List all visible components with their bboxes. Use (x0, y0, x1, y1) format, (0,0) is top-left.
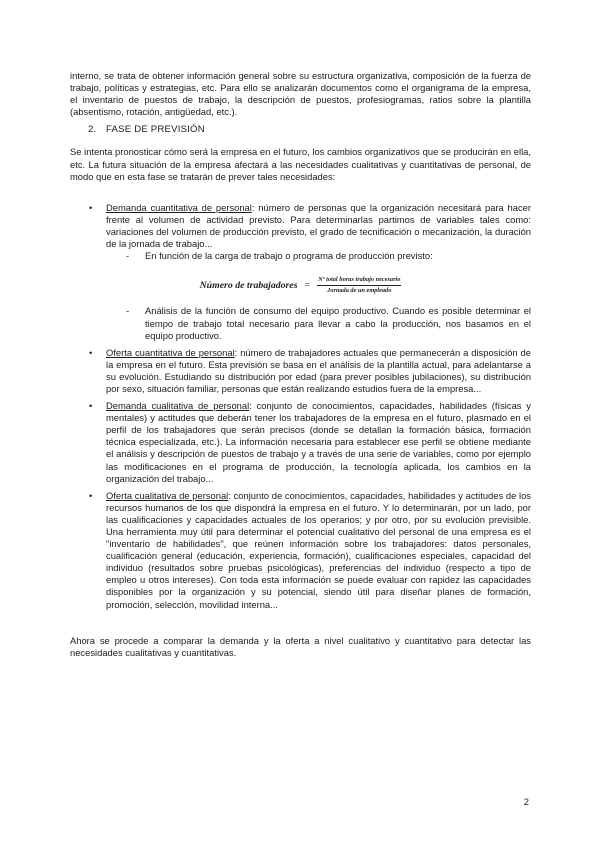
formula-fraction: Nº total horas trabajo necesario Jornada… (317, 276, 401, 295)
formula: Número de trabajadores = Nº total horas … (70, 276, 531, 295)
bullet-term: Oferta cuantitativa de personal (106, 347, 235, 358)
bullet-item-oferta-cuantitativa: • Oferta cuantitativa de personal: númer… (70, 347, 531, 395)
dash-icon: - (126, 250, 129, 262)
page-number: 2 (524, 796, 529, 808)
section-heading-number: 2. (88, 124, 106, 136)
formula-denominator: Jornada de un empleado (327, 286, 391, 295)
bullet-icon: • (89, 490, 92, 502)
bullet-text: : conjunto de conocimientos, capacidades… (106, 400, 531, 484)
bullet-text: : conjunto de conocimientos, capacidades… (106, 490, 531, 610)
bullet-icon: • (89, 347, 92, 359)
page-content: interno, se trata de obtener información… (70, 70, 531, 659)
bullet-item-demanda-cualitativa: • Demanda cualitativa de personal: conju… (70, 400, 531, 485)
formula-lhs: Número de trabajadores (200, 280, 298, 292)
sub-item-text: Análisis de la función de consumo del eq… (145, 305, 531, 340)
bullet-item-oferta-cualitativa: • Oferta cualitativa de personal: conjun… (70, 490, 531, 611)
sub-item-text: En función de la carga de trabajo o prog… (145, 250, 433, 261)
document-page: interno, se trata de obtener información… (0, 0, 600, 848)
bullet-list: • Demanda cuantitativa de personal: núme… (70, 202, 531, 611)
section-heading-title: FASE DE PREVISIÓN (106, 124, 205, 135)
section-heading: 2.FASE DE PREVISIÓN (70, 124, 531, 136)
preview-paragraph: Se intenta pronosticar cómo será la empr… (70, 146, 531, 182)
sub-item-analisis-consumo: - Análisis de la función de consumo del … (70, 305, 531, 341)
bullet-term: Demanda cuantitativa de personal (106, 202, 252, 213)
bullet-term: Demanda cualitativa de personal (106, 400, 249, 411)
bullet-icon: • (89, 400, 92, 412)
closing-paragraph: Ahora se procede a comparar la demanda y… (70, 635, 531, 659)
bullet-term: Oferta cualitativa de personal (106, 490, 228, 501)
bullet-item-demanda-cuantitativa: • Demanda cuantitativa de personal: núme… (70, 202, 531, 250)
dash-icon: - (126, 305, 129, 317)
sub-item-carga-trabajo: - En función de la carga de trabajo o pr… (70, 250, 531, 262)
intro-paragraph: interno, se trata de obtener información… (70, 70, 531, 118)
bullet-icon: • (89, 202, 92, 214)
formula-numerator: Nº total horas trabajo necesario (317, 276, 401, 286)
formula-equals-sign: = (305, 280, 311, 292)
